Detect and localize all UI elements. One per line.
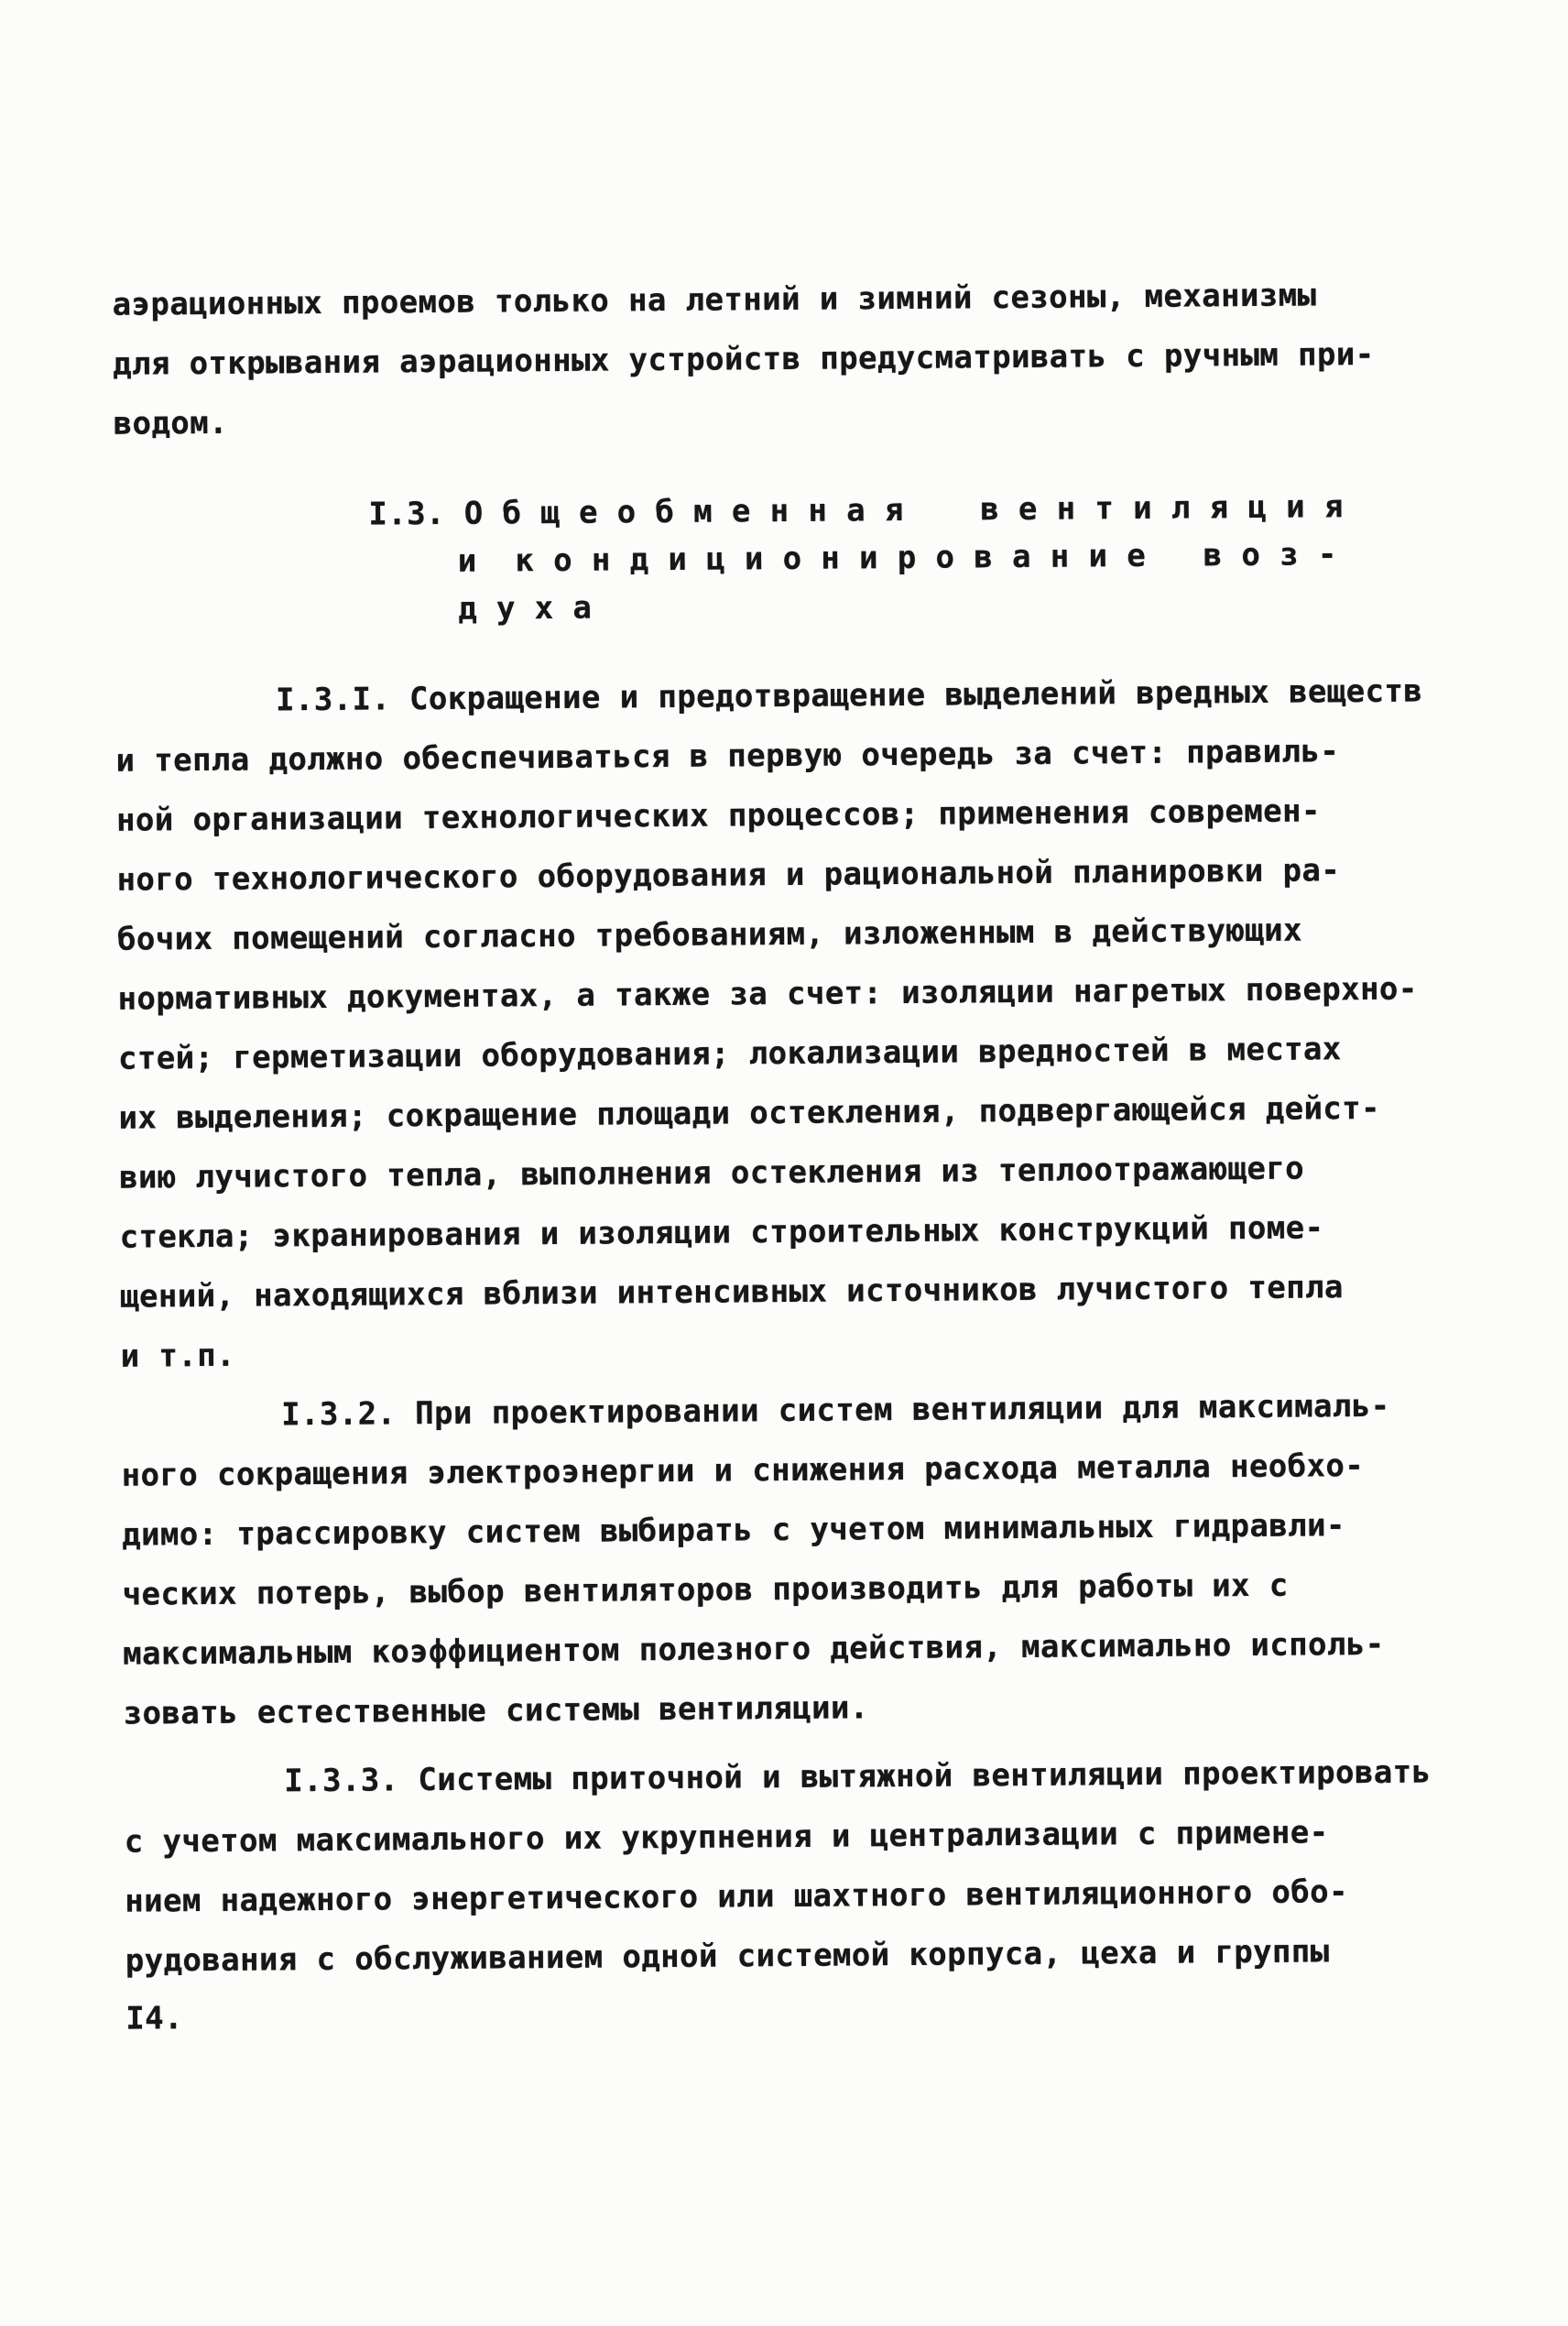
paragraph-line: нием надежного энергетического или шахтн…	[125, 1862, 1432, 1931]
paragraph-line: бочих помещений согласно требованиям, из…	[117, 901, 1425, 970]
paragraph-line: максимальным коэффициентом полезного дей…	[123, 1615, 1392, 1685]
paragraph-line: вию лучистого тепла, выполнения остеклен…	[119, 1138, 1427, 1207]
paragraph-1-3-3: I.3.3. Системы приточной и вытяжной вент…	[124, 1742, 1432, 1991]
paragraph-line: аэрационных проемов только на летний и з…	[112, 266, 1374, 335]
paragraph-line: водом.	[113, 385, 1375, 454]
paragraph-line: ной организации технологических процессо…	[116, 781, 1424, 851]
document-page: аэрационных проемов только на летний и з…	[0, 0, 1568, 2326]
paragraph-line: их выделения; сокращение площади остекле…	[118, 1078, 1426, 1148]
paragraph-line: I.3.2. При проектировании систем вентиля…	[121, 1377, 1390, 1447]
paragraph-line: ного сокращения электроэнергии и снижени…	[121, 1436, 1390, 1506]
paragraph-line: стей; герметизации оборудования; локализ…	[118, 1019, 1426, 1088]
paragraph-1-3-1: I.3.I. Сокращение и предотвращение выдел…	[115, 662, 1428, 1387]
paragraph-line: с учетом максимального их укрупнения и ц…	[125, 1802, 1432, 1872]
paragraph-line: димо: трассировку систем выбирать с учет…	[122, 1496, 1391, 1566]
paragraph-line: зовать естественные системы вентиляции.	[123, 1675, 1392, 1744]
heading-line: д у х а	[458, 578, 1345, 633]
section-heading-1-3: I.3. О б щ е о б м е н н а я в е н т и л…	[368, 483, 1345, 633]
paragraph-line: щений, находящихся вблизи интенсивных ис…	[120, 1257, 1428, 1327]
scanned-sheet: аэрационных проемов только на летний и з…	[0, 0, 1568, 2326]
paragraph-line: для открывания аэрационных устройств пре…	[113, 325, 1375, 395]
paragraph-line: I.3.3. Системы приточной и вытяжной вент…	[124, 1742, 1432, 1812]
paragraph-line: ного технологического оборудования и рац…	[116, 841, 1424, 911]
paragraph-line: и тепла должно обеспечиваться в первую о…	[115, 722, 1423, 792]
page-number: I4.	[125, 1989, 183, 2048]
page-number-text: I4.	[125, 1989, 183, 2048]
heading-line: и к о н д и ц и о н и р о в а н и е в о …	[458, 530, 1345, 585]
heading-line: I.3. О б щ е о б м е н н а я в е н т и л…	[368, 483, 1344, 538]
paragraph-line: I.3.I. Сокращение и предотвращение выдел…	[115, 662, 1423, 732]
paragraph-line: и т.п.	[120, 1316, 1428, 1386]
paragraph-line: нормативных документах, а также за счет:…	[117, 959, 1425, 1029]
paragraph-line: стекла; экранирования и изоляции строите…	[119, 1197, 1427, 1267]
paragraph-1-3-2: I.3.2. При проектировании систем вентиля…	[121, 1377, 1392, 1744]
paragraph-intro-continuation: аэрационных проемов только на летний и з…	[112, 266, 1375, 454]
paragraph-line: рудования с обслуживанием одной системой…	[125, 1921, 1433, 1991]
paragraph-line: ческих потерь, выбор вентиляторов произв…	[122, 1556, 1391, 1625]
